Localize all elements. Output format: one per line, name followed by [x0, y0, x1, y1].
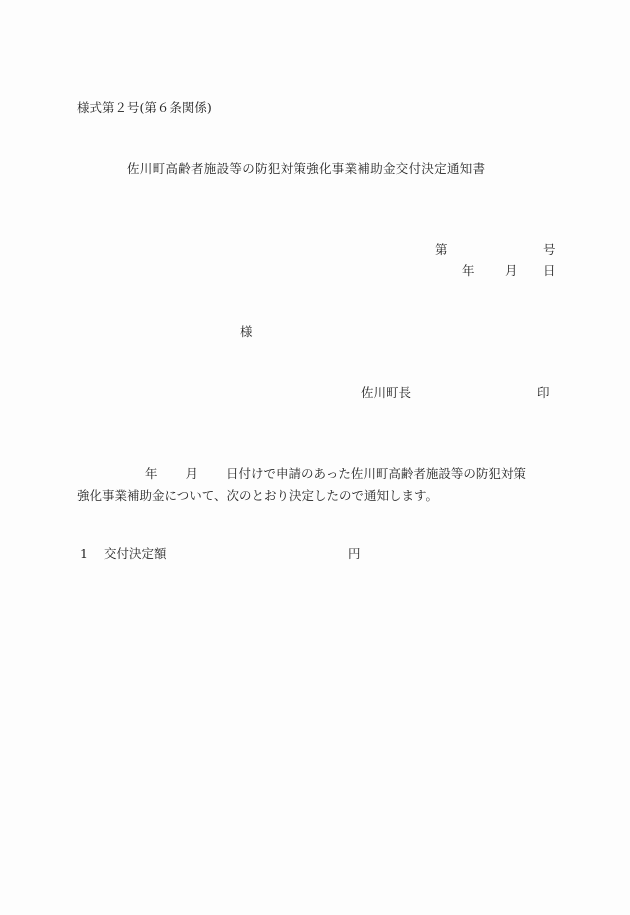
body-year-label: 年 — [145, 466, 158, 481]
date-month-label: 月 — [505, 263, 518, 279]
issuer-name: 佐川町長 — [361, 385, 411, 401]
body-month-label: 月 — [186, 466, 199, 481]
form-number: 様式第２号(第６条関係) — [77, 100, 212, 116]
date-year-label: 年 — [462, 263, 475, 279]
list-item: 1交付決定額円 — [80, 546, 361, 562]
body-paragraph: 年月日付けで申請のあった佐川町高齢者施設等の防犯対策 強化事業補助金について、次… — [77, 463, 557, 507]
reference-prefix: 第 — [435, 242, 448, 258]
item-number: 1 — [80, 546, 104, 562]
body-line-1-text: 日付けで申請のあった佐川町高齢者施設等の防犯対策 — [226, 466, 526, 481]
date-day-label: 日 — [543, 263, 556, 279]
reference-suffix: 号 — [543, 242, 556, 258]
body-line-2: 強化事業補助金について、次のとおり決定したので通知します。 — [77, 485, 557, 507]
document-title: 佐川町高齢者施設等の防犯対策強化事業補助金交付決定通知書 — [127, 161, 485, 177]
issuer-seal: 印 — [537, 385, 550, 401]
item-unit: 円 — [348, 546, 361, 562]
body-line-1: 年月日付けで申請のあった佐川町高齢者施設等の防犯対策 — [77, 463, 557, 485]
item-label: 交付決定額 — [104, 546, 348, 562]
addressee-honorific: 様 — [240, 324, 253, 340]
